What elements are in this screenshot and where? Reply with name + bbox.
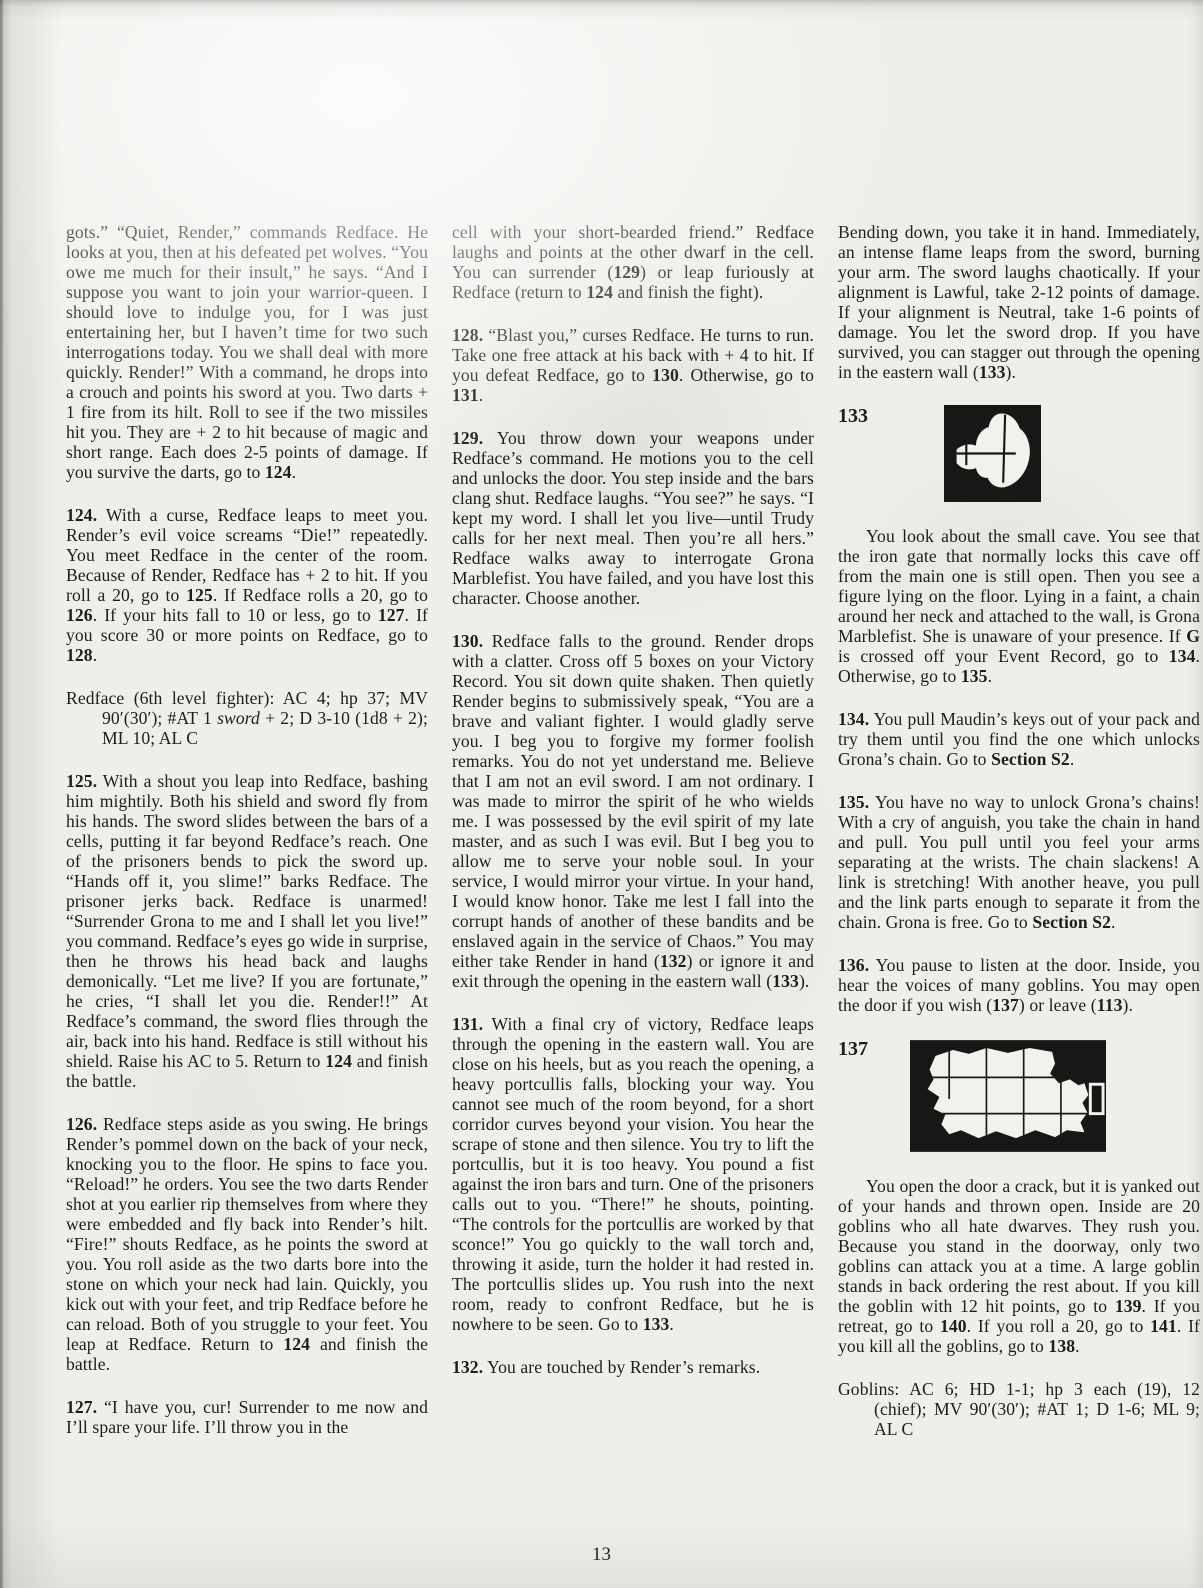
section-number-134: 134. [838, 709, 869, 729]
section-text: With a final cry of victory, Redface lea… [452, 1014, 814, 1334]
column-middle: cell with your short-bearded friend.” Re… [452, 222, 814, 1462]
section-text: You have no way to unlock Grona’s chains… [838, 792, 1200, 932]
section-number-130: 130. [452, 631, 483, 651]
gamebook-page: gots.” “Quiet, Render,” commands Redface… [0, 0, 1203, 1588]
paragraph-continuation-cell: cell with your short-bearded friend.” Re… [452, 222, 814, 302]
section-text: With a curse, Redface leaps to meet you.… [66, 505, 428, 665]
section-129: 129. You throw down your weapons under R… [452, 428, 814, 608]
section-131: 131. With a final cry of victory, Redfac… [452, 1014, 814, 1334]
section-text: You pull Maudin’s keys out of your pack … [838, 709, 1200, 769]
goblins-stat-block: Goblins: AC 6; HD 1-1; hp 3 each (19), 1… [838, 1379, 1200, 1439]
section-text: “Blast you,” curses Redface. He turns to… [452, 325, 814, 405]
section-text: “I have you, cur! Surrender to me now an… [66, 1397, 428, 1437]
section-125: 125. With a shout you leap into Redface,… [66, 771, 428, 1091]
section-number-132: 132. [452, 1357, 483, 1377]
section-text: Redface steps aside as you swing. He bri… [66, 1114, 428, 1374]
map-block-137: 137 [838, 1038, 1200, 1152]
page-number: 13 [0, 1544, 1203, 1566]
section-126: 126. Redface steps aside as you swing. H… [66, 1114, 428, 1374]
section-number-131: 131. [452, 1014, 483, 1034]
section-number-126: 126. [66, 1114, 97, 1134]
map-heading-137: 137 [838, 1038, 868, 1060]
cave-map-133-image [944, 405, 1041, 502]
section-number-127: 127. [66, 1397, 97, 1417]
section-number-135: 135. [838, 792, 869, 812]
section-text: You pause to listen at the door. Inside,… [838, 955, 1200, 1015]
section-130: 130. Redface falls to the ground. Render… [452, 631, 814, 991]
section-128: 128. “Blast you,” curses Redface. He tur… [452, 325, 814, 405]
goblin-room-map-137-image [910, 1040, 1106, 1152]
section-number-136: 136. [838, 955, 869, 975]
section-127: 127. “I have you, cur! Surrender to me n… [66, 1397, 428, 1437]
map-heading-133: 133 [838, 405, 868, 427]
section-text: Redface falls to the ground. Render drop… [452, 631, 814, 991]
paragraph-continuation-bending: Bending down, you take it in hand. Immed… [838, 222, 1200, 382]
section-134: 134. You pull Maudin’s keys out of your … [838, 709, 1200, 769]
section-136: 136. You pause to listen at the door. In… [838, 955, 1200, 1015]
section-number-125: 125. [66, 771, 97, 791]
paragraph-goblins-137: You open the door a crack, but it is yan… [838, 1176, 1200, 1356]
map-block-133: 133 [838, 405, 1200, 502]
map-door-marker [1090, 1084, 1103, 1113]
page-columns: gots.” “Quiet, Render,” commands Redface… [66, 222, 1200, 1462]
section-text: You are touched by Render’s remarks. [487, 1357, 760, 1377]
column-right: Bending down, you take it in hand. Immed… [838, 222, 1200, 1462]
redface-stat-block: Redface (6th level fighter): AC 4; hp 37… [66, 688, 428, 748]
section-number-124: 124. [66, 505, 97, 525]
paragraph-continuation-gots: gots.” “Quiet, Render,” commands Redface… [66, 222, 428, 482]
section-text: You throw down your weapons under Redfac… [452, 428, 814, 608]
section-text: With a shout you leap into Redface, bash… [66, 771, 428, 1091]
paragraph-cave-133: You look about the small cave. You see t… [838, 526, 1200, 686]
section-number-128: 128. [452, 325, 483, 345]
section-135: 135. You have no way to unlock Grona’s c… [838, 792, 1200, 932]
section-132: 132. You are touched by Render’s remarks… [452, 1357, 814, 1377]
column-left: gots.” “Quiet, Render,” commands Redface… [66, 222, 428, 1462]
section-number-129: 129. [452, 428, 483, 448]
section-124: 124. With a curse, Redface leaps to meet… [66, 505, 428, 665]
